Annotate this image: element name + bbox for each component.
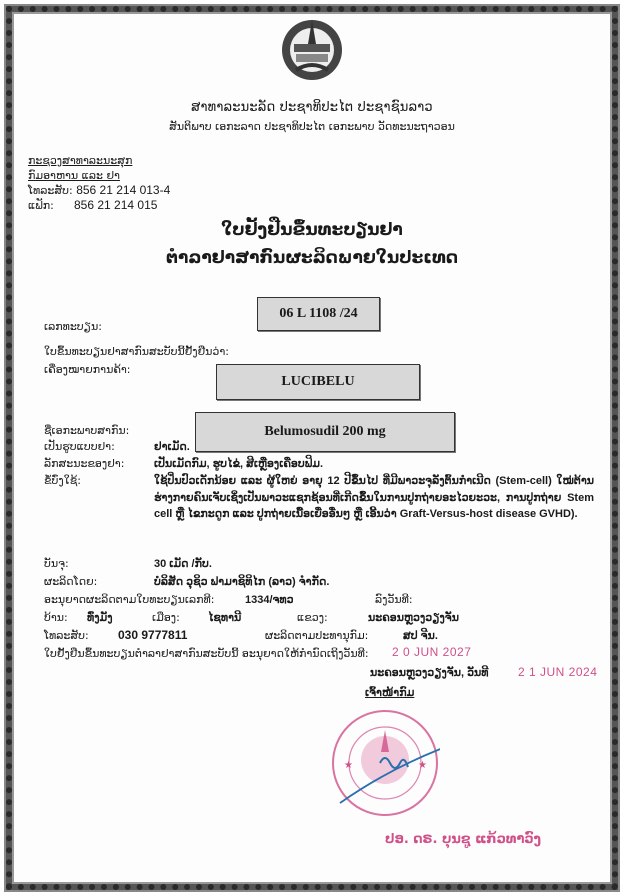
village-value: ທົ່ງມັງ bbox=[87, 611, 113, 624]
tel-label: ໂທລະສັບ: bbox=[44, 629, 89, 642]
origin-value: ສປ ຈີນ. bbox=[403, 629, 438, 642]
province-label: ແຂວງ: bbox=[297, 611, 328, 624]
inn-box: Belumosudil 200 mg bbox=[195, 412, 455, 452]
brand-name-box: LUCIBELU bbox=[216, 364, 420, 400]
inn-label: ຊື່ເອກະພາບສາກົນ: bbox=[44, 424, 129, 437]
brand-label: ເຄື່ອງໝາຍການຄ້າ: bbox=[44, 363, 131, 376]
license-date-label: ລົງວັນທີ: bbox=[375, 593, 413, 606]
license-label: ອະນຸຍາດຜະລິດຕາມໃບທະບຽນເລກທີ: bbox=[44, 593, 214, 606]
packaging-label: ບັນຈຸ: bbox=[44, 557, 69, 570]
indication-label: ຂໍ້ບົ່ງໃຊ້: bbox=[44, 474, 81, 487]
official-seal-icon: ★ ★ bbox=[330, 708, 440, 818]
issue-date-stamp: 2 1 JUN 2024 bbox=[518, 665, 597, 679]
svg-text:★: ★ bbox=[344, 760, 353, 771]
place-date-label: ນະຄອນຫຼວງວຽງຈັນ, ວັນທີ bbox=[370, 666, 488, 679]
issuer-block: ກະຊວງສາທາລະນະສຸກ ກົມອາຫານ ແລະ ຢາ ໂທລະສັບ… bbox=[28, 153, 170, 213]
district-label: ເມືອງ: bbox=[152, 611, 180, 624]
phone-label: ໂທລະສັບ: bbox=[28, 184, 73, 197]
signer-name: ປອ. ດຣ. ບຸນຊູ ແກ້ວທາວົງ bbox=[385, 832, 541, 847]
dosage-form-label: ເປັນຮູບແບບຢາ: bbox=[44, 440, 115, 453]
registration-number-label: ເລກທະບຽນ: bbox=[44, 320, 102, 333]
tel-value: 030 9777811 bbox=[118, 628, 187, 642]
dosage-form-value: ຢາເມັດ. bbox=[154, 440, 190, 453]
province-value: ນະຄອນຫຼວງວຽງຈັນ bbox=[368, 611, 459, 624]
manufacturer-label: ຜະລິດໂດຍ: bbox=[44, 575, 97, 588]
certificate-title: ໃບຢັ້ງຢືນຂຶ້ນທະບຽນຢາ bbox=[0, 220, 624, 240]
expiry-date-stamp: 2 0 JUN 2027 bbox=[392, 645, 471, 659]
indication-value: ໃຊ້ປິ່ນປົວເດັກນ້ອຍ ແລະ ຜູ້ໃຫຍ່ ອາຍຸ 12 ປ… bbox=[154, 473, 594, 523]
license-number: 1334/ຈທວ bbox=[245, 593, 294, 606]
ministry-name: ກະຊວງສາທາລະນະສຸກ bbox=[28, 153, 170, 168]
description-label: ລັກສະນະຂອງຢາ: bbox=[44, 457, 124, 470]
svg-text:★: ★ bbox=[418, 760, 427, 771]
manufacturer-value: ບໍລິສັດ ວຸຊິວ ຟາມາຊິທິໄກ (ລາວ) ຈຳກັດ. bbox=[154, 575, 329, 588]
origin-label: ຜະລິດຕາມປະທານຸກົມ: bbox=[265, 629, 368, 642]
certificate-subtitle: ຕຳລາຢາສາກົນຜະລິດພາຍໃນປະເທດ bbox=[0, 248, 624, 268]
phone-number: 856 21 214 013-4 bbox=[76, 183, 170, 197]
department-name: ກົມອາຫານ ແລະ ຢາ bbox=[28, 168, 170, 183]
validity-text: ໃບຢັ້ງຢືນຂຶ້ນທະບຽນຕຳລາຢາສາກົນສະບັບນີ້ ອະ… bbox=[44, 647, 369, 660]
fax-label: ແຟັກ: bbox=[28, 198, 74, 213]
certify-text: ໃບຂຶ້ນທະບຽນຢາສາກົນສະບັບນີ້ຢັ້ງຢືນວ່າ: bbox=[44, 345, 229, 358]
country-name: ສາທາລະນະລັດ ປະຊາທິປະໄຕ ປະຊາຊົນລາວ bbox=[0, 100, 624, 115]
national-motto: ສັນຕິພາບ ເອກະລາດ ປະຊາທິປະໄຕ ເອກະພາບ ວັດທ… bbox=[0, 120, 624, 133]
registration-number-box: 06 L 1108 /24 bbox=[257, 297, 380, 331]
village-label: ບ້ານ: bbox=[44, 611, 68, 624]
fax-number: 856 21 214 015 bbox=[74, 198, 157, 212]
national-emblem-icon bbox=[272, 14, 352, 84]
packaging-value: 30 ເມັດ /ກັບ. bbox=[154, 557, 212, 570]
description-value: ເປັນເມັດກົມ, ຮູບໄຂ່, ສີເຫຼືອງເຄືອບຟິມ. bbox=[154, 457, 323, 470]
signer-role: ເຈົ້າໜ້າກົມ bbox=[365, 686, 414, 699]
district-value: ໄຊທານີ bbox=[208, 611, 241, 624]
